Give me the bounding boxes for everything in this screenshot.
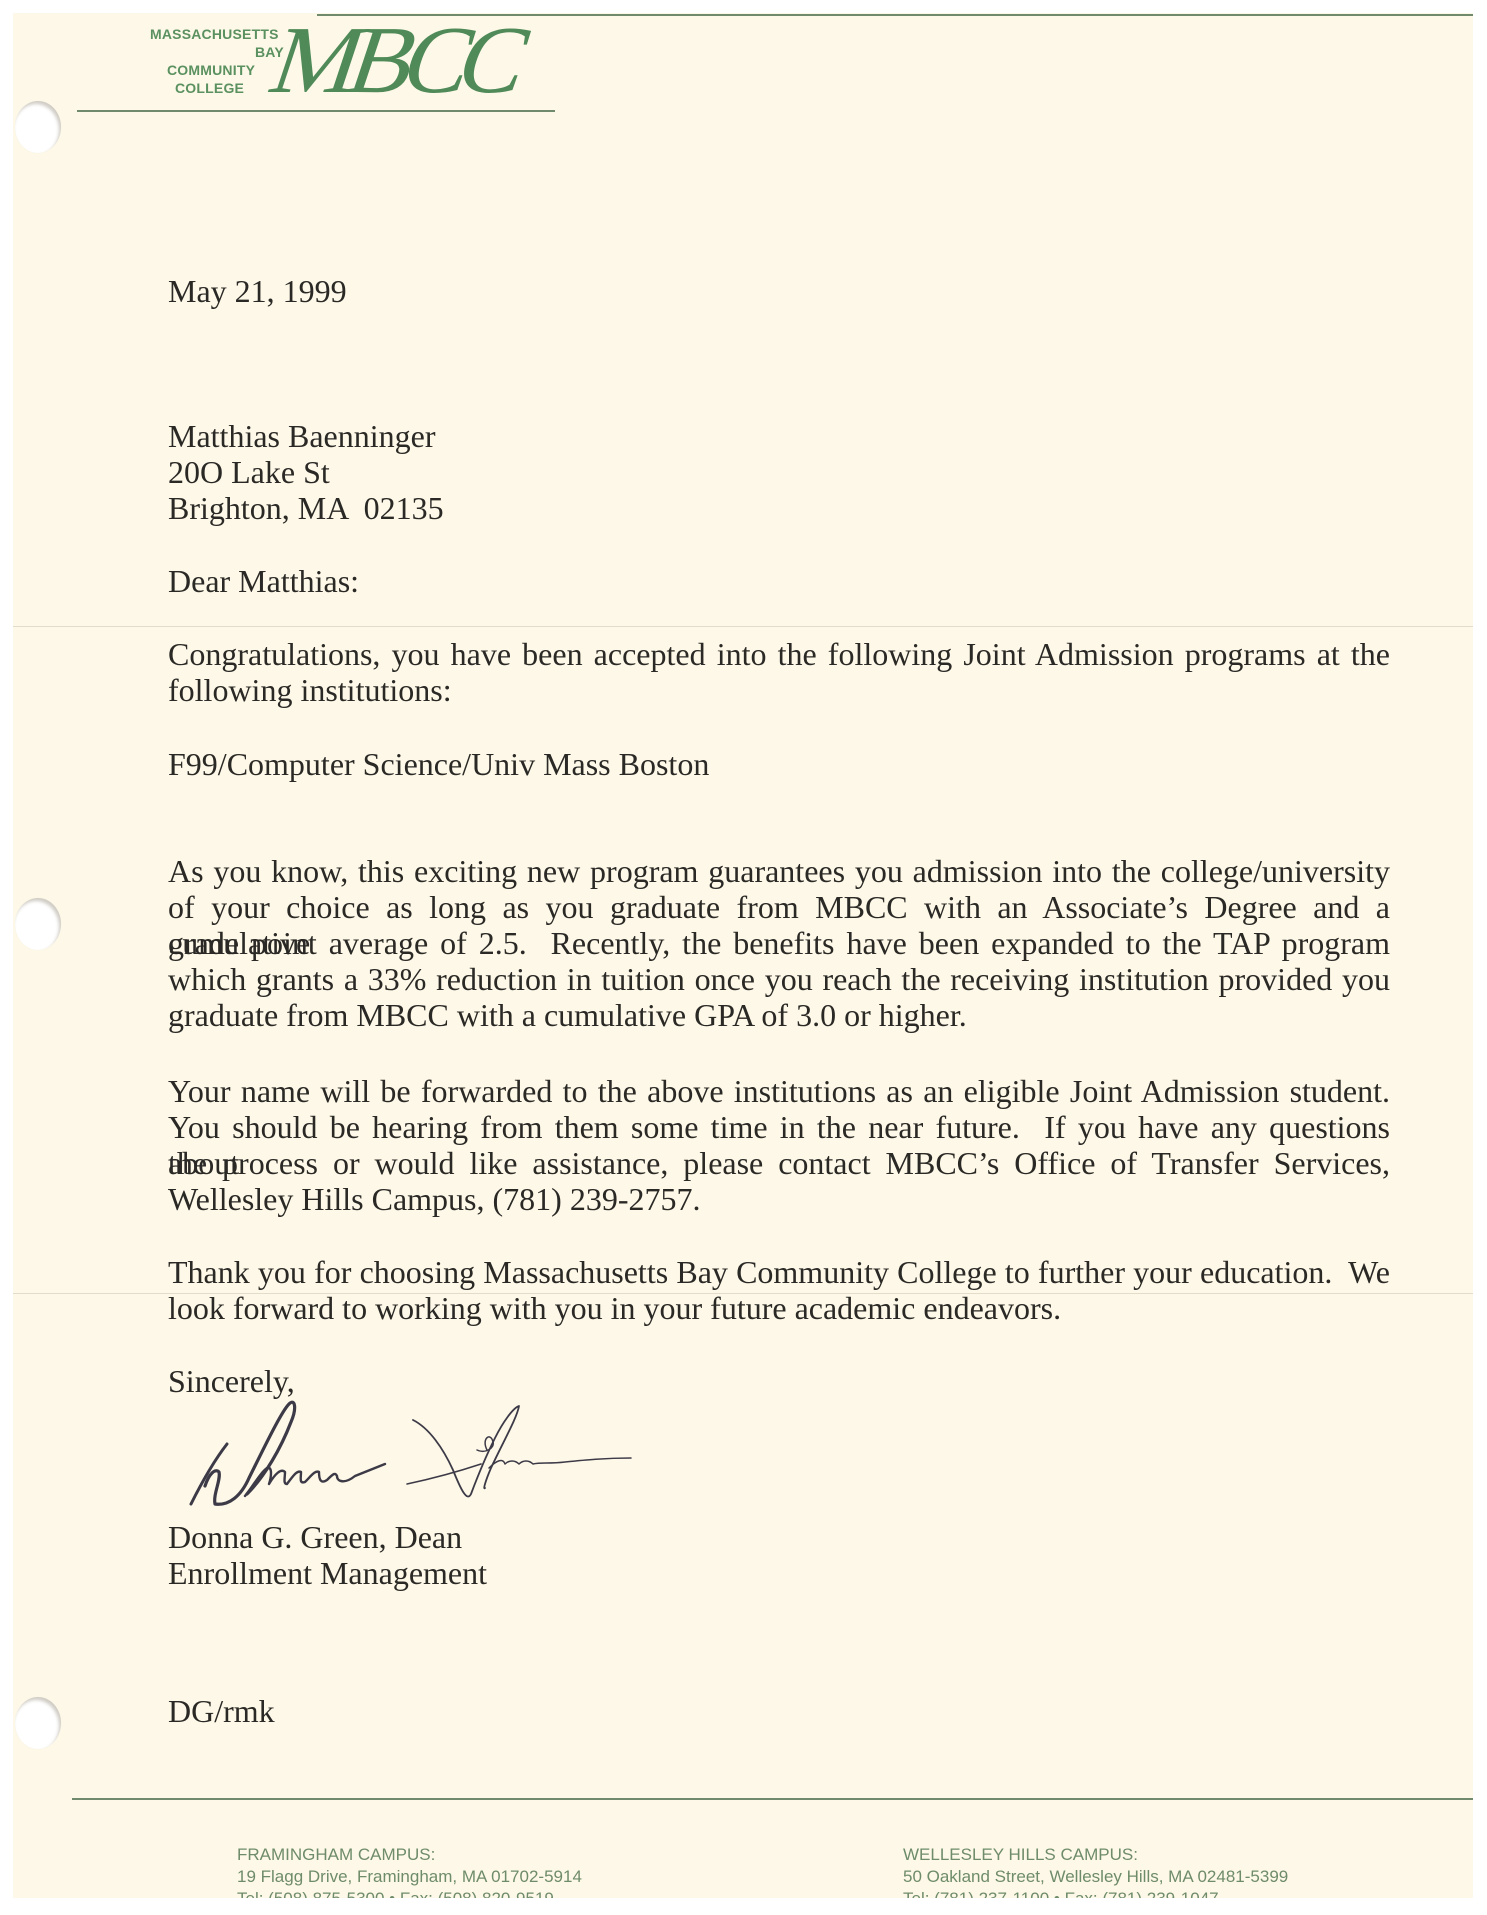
letterhead-bottom-rule [77,110,555,112]
campus-address: 50 Oakland Street, Wellesley Hills, MA 0… [903,1866,1288,1888]
signer-department: Enrollment Management [168,1555,487,1591]
institution-name-line-3: COMMUNITY [167,61,255,79]
paragraph-line: You should be hearing from them some tim… [168,1109,1390,1145]
reference-initials: DG/rmk [168,1693,275,1729]
letter-date: May 21, 1999 [168,273,347,309]
logo-letters: MBCC [259,10,534,110]
binder-hole-middle [15,898,61,950]
paragraph-line: following institutions: [168,672,1390,708]
institution-name-line-4: COLLEGE [175,79,244,97]
paragraph-intro: Congratulations, you have been accepted … [168,636,1390,708]
paragraph-line: Wellesley Hills Campus, (781) 239-2757. [168,1181,1390,1217]
handwritten-signature-icon [185,1398,635,1516]
paragraph-line: of your choice as long as you graduate f… [168,889,1390,925]
scan-edge [0,1898,1487,1915]
mbcc-logo-mark: MBCC [276,10,518,110]
paragraph-line: look forward to working with you in your… [168,1290,1390,1326]
campus-title: WELLESLEY HILLS CAMPUS: [903,1844,1288,1866]
paragraph-benefits: As you know, this exciting new program g… [168,853,1390,1033]
signature-block: Donna G. Green, Dean Enrollment Manageme… [168,1519,487,1591]
accepted-program: F99/Computer Science/Univ Mass Boston [168,746,709,782]
paragraph-line: Congratulations, you have been accepted … [168,636,1390,672]
paragraph-line: Your name will be forwarded to the above… [168,1073,1390,1109]
paragraph-line: graduate from MBCC with a cumulative GPA… [168,997,1390,1033]
recipient-city: Brighton, MA 02135 [168,490,444,526]
campus-title: FRAMINGHAM CAMPUS: [237,1844,582,1866]
recipient-street: 20O Lake St [168,454,444,490]
paper-fold-line [13,626,1473,627]
campus-address: 19 Flagg Drive, Framingham, MA 01702-591… [237,1866,582,1888]
binder-hole-bottom [15,1697,61,1749]
paragraph-next-steps: Your name will be forwarded to the above… [168,1073,1390,1217]
paragraph-line: which grants a 33% reduction in tuition … [168,961,1390,997]
paragraph-line: Thank you for choosing Massachusetts Bay… [168,1254,1390,1290]
footer-rule [72,1798,1473,1800]
recipient-name: Matthias Baenninger [168,418,444,454]
paragraph-line: the process or would like assistance, pl… [168,1145,1390,1181]
paragraph-line: grade point average of 2.5. Recently, th… [168,925,1390,961]
institution-name-line-1: MASSACHUSETTS [150,25,279,43]
salutation: Dear Matthias: [168,563,359,599]
signoff: Sincerely, [168,1363,295,1399]
signer-name: Donna G. Green, Dean [168,1519,487,1555]
paragraph-closing: Thank you for choosing Massachusetts Bay… [168,1254,1390,1326]
recipient-address: Matthias Baenninger 20O Lake St Brighton… [168,418,444,526]
binder-hole-top [15,101,61,153]
paragraph-line: As you know, this exciting new program g… [168,853,1390,889]
